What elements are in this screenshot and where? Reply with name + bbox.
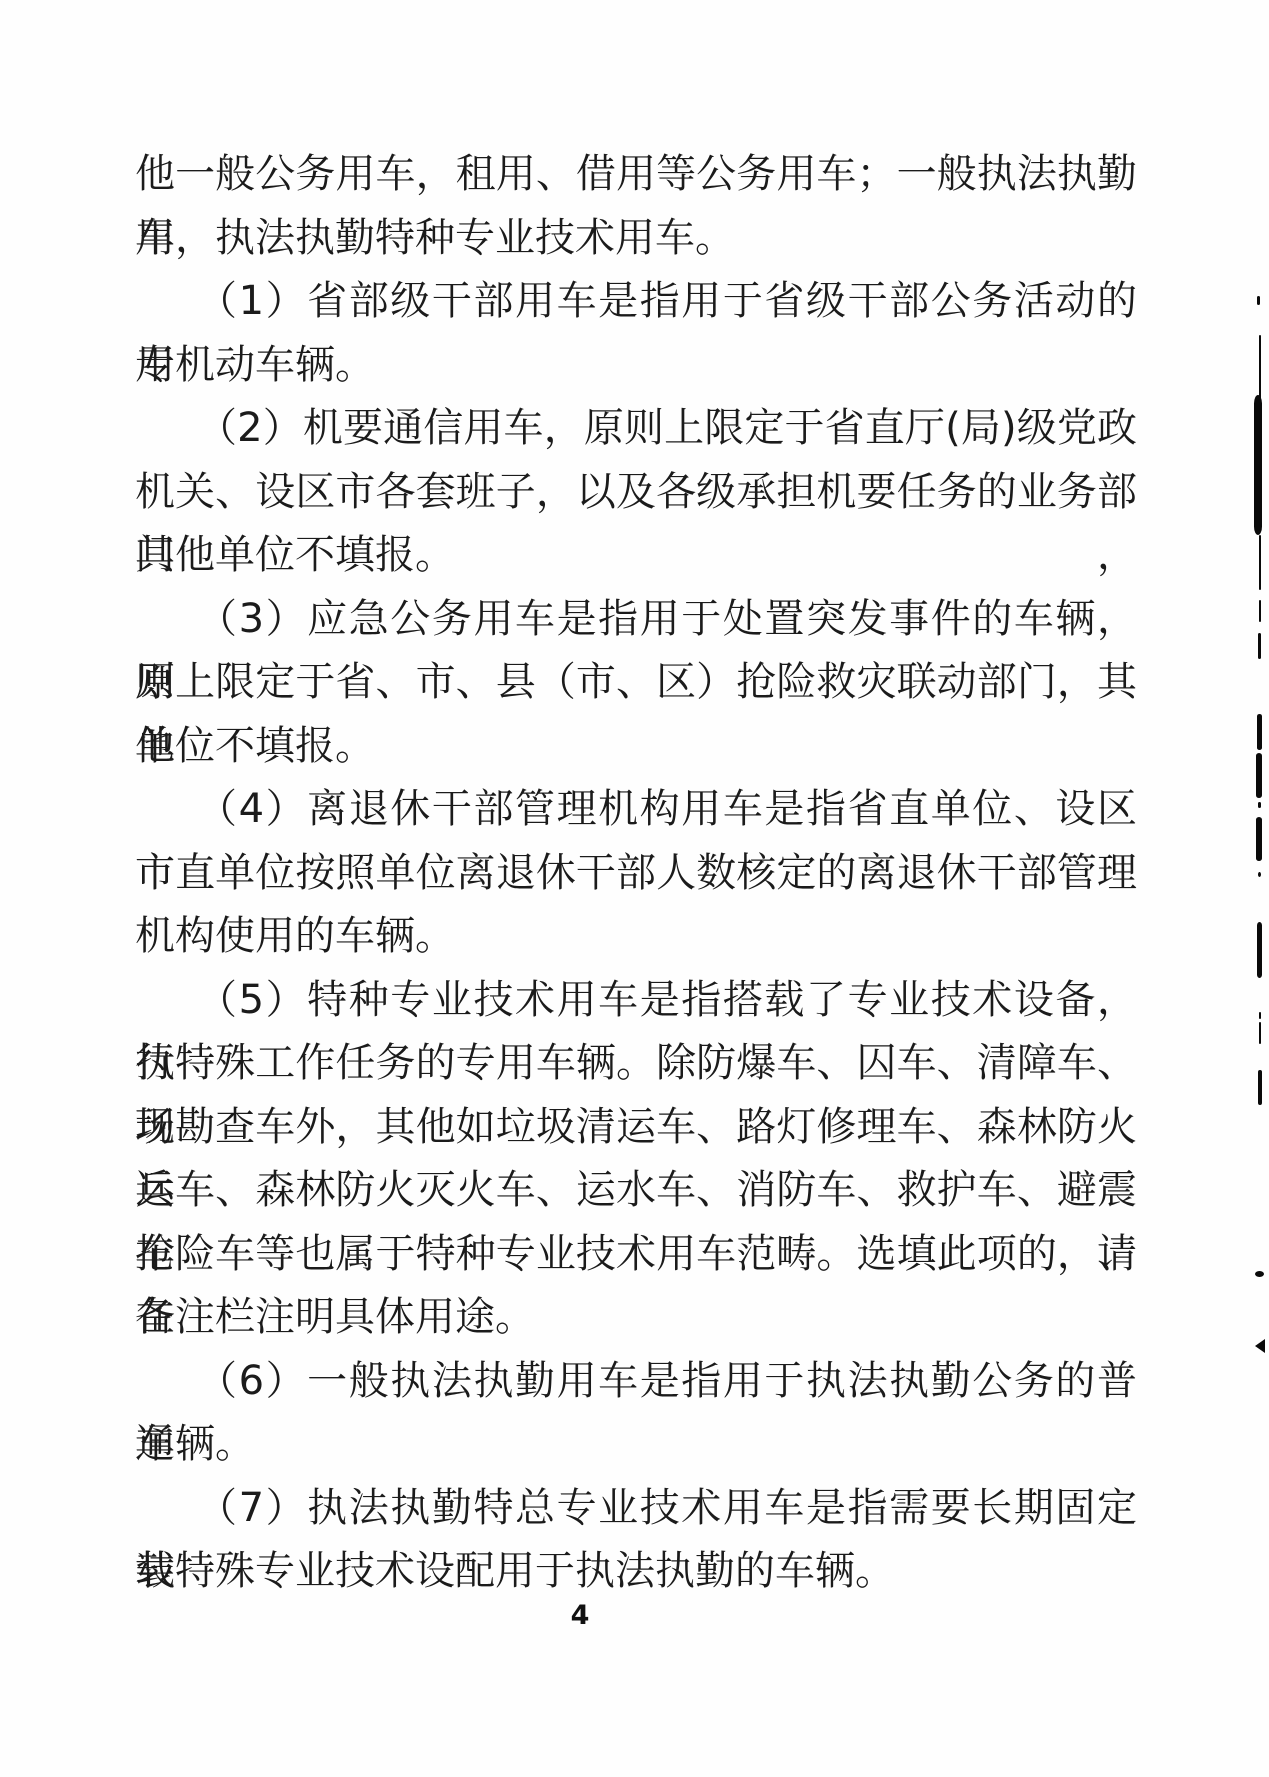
scan-artifact	[1255, 1271, 1264, 1277]
document-body: 他一般公务用车，租用、借用等公务用车；一般执法执勤用 车，执法执勤特种专业技术用…	[135, 143, 1137, 1604]
text-line: 机构使用的车辆。	[135, 905, 1137, 969]
text-line: 场勘查车外，其他如垃圾清运车、路灯修理车、森林防火运	[135, 1096, 1137, 1160]
scan-artifact	[1258, 872, 1261, 877]
text-line: 兵车、森林防火灭火车、运水车、消防车、救护车、避震车、	[135, 1159, 1137, 1223]
scan-artifact	[1258, 1070, 1262, 1105]
text-line: 备注栏注明具体用途。	[135, 1286, 1137, 1350]
text-line: 市直单位按照单位离退休干部人数核定的离退休干部管理	[135, 842, 1137, 906]
scan-artifact	[1259, 600, 1261, 622]
text-line: （5）特种专业技术用车是指搭载了专业技术设备，执	[135, 969, 1137, 1033]
scan-artifact	[1258, 633, 1261, 659]
text-line: 车，执法执勤特种专业技术用车。	[135, 207, 1137, 271]
text-line: （2）机要通信用车，原则上限定于省直厅(局)级党政	[135, 397, 1137, 461]
text-line: （7）执法执勤特总专业技术用车是指需要长期固定装	[135, 1477, 1137, 1541]
text-line: 用机动车辆。	[135, 334, 1137, 398]
document-page: 他一般公务用车，租用、借用等公务用车；一般执法执勤用 车，执法执勤特种专业技术用…	[0, 0, 1269, 1777]
scan-artifact	[1256, 817, 1262, 861]
text-line: （1）省部级干部用车是指用于省级干部公务活动的专	[135, 270, 1137, 334]
text-line: 车辆。	[135, 1413, 1137, 1477]
text-line: （3）应急公务用车是指用于处置突发事件的车辆，原	[135, 588, 1137, 652]
text-line: 则上限定于省、市、县（市、区）抢险救灾联动部门，其他	[135, 651, 1137, 715]
text-line: （4）离退休干部管理机构用车是指省直单位、设区市	[135, 778, 1137, 842]
scan-artifact	[1259, 1012, 1261, 1019]
text-line: 行特殊工作任务的专用车辆。除防爆车、囚车、清障车、现	[135, 1032, 1137, 1096]
scan-artifact	[1254, 395, 1262, 535]
text-line: 他一般公务用车，租用、借用等公务用车；一般执法执勤用	[135, 143, 1137, 207]
scan-artifact	[1258, 802, 1261, 808]
text-line: 抢险车等也属于特种专业技术用车范畴。选填此项的，请在	[135, 1223, 1137, 1287]
text-line: 单位不填报。	[135, 715, 1137, 779]
text-line: （6）一般执法执勤用车是指用于执法执勤公务的普通	[135, 1350, 1137, 1414]
scan-artifact	[1256, 753, 1262, 798]
scan-artifact	[1259, 1022, 1261, 1044]
scan-artifact	[1257, 714, 1262, 750]
scan-artifact	[1255, 1339, 1265, 1353]
page-number: 4	[560, 1600, 600, 1631]
text-line: 机关、设区市各套班子，以及各级承担机要任务的业务部门，	[135, 461, 1137, 525]
scan-artifact	[1257, 296, 1260, 305]
scan-artifact	[1259, 535, 1261, 590]
scan-artifact	[1257, 922, 1262, 978]
text-line: 载特殊专业技术设配用于执法执勤的车辆。	[135, 1540, 1137, 1604]
